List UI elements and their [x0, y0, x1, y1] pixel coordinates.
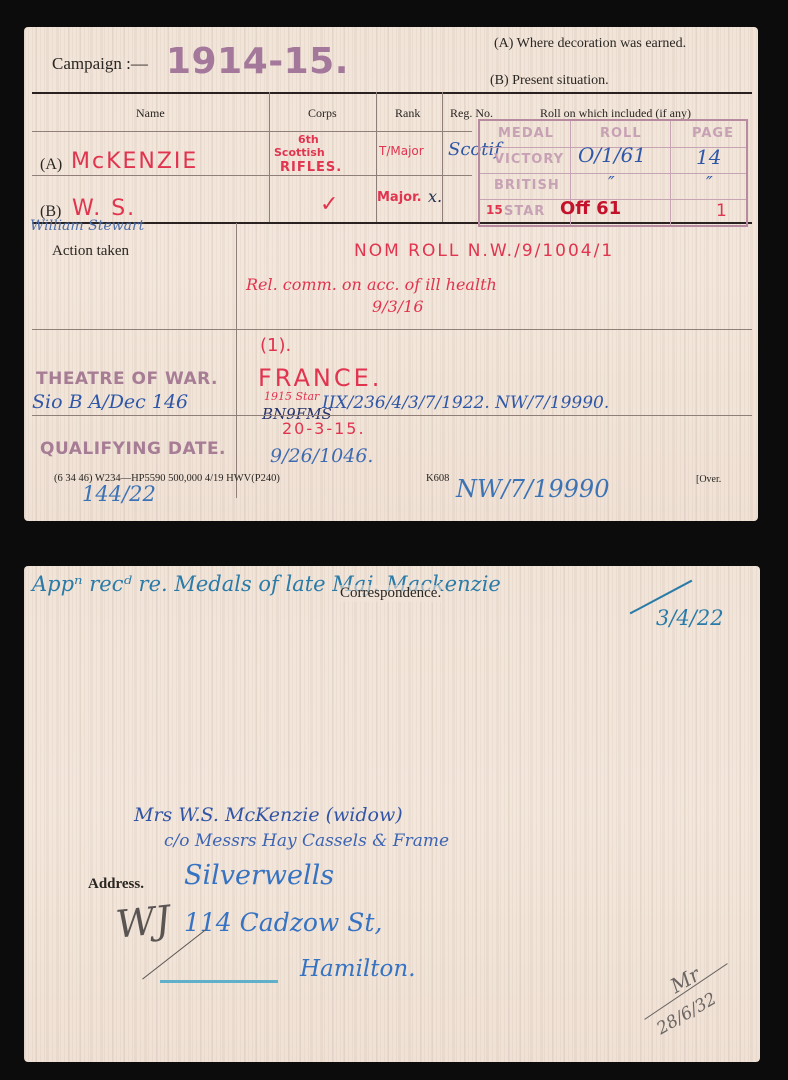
clerk-initials: WJ: [114, 897, 173, 946]
campaign-stamp: 1914-15.: [166, 41, 349, 82]
addressee-care-of: c/o Messrs Hay Cassels & Frame: [164, 831, 449, 851]
theatre-number: (1).: [260, 335, 291, 356]
reg-mark-b: x.: [428, 187, 442, 206]
header-name: Name: [136, 106, 165, 121]
star-reference: IIX/236/4/3/7/1922. NW/7/19990.: [322, 393, 609, 413]
theatre-label: THEATRE OF WAR.: [36, 369, 218, 389]
roll-medal-victory: VICTORY: [494, 152, 564, 167]
action-nom-roll: NOM ROLL N.W./9/1004/1: [354, 241, 614, 261]
roll-page-victory: 14: [696, 145, 721, 169]
corps-line-2: Scottish: [274, 146, 325, 159]
corps-line-3: RIFLES.: [280, 160, 342, 175]
roll-ref-british: ″: [608, 173, 615, 194]
address-line-1: Silverwells: [184, 860, 334, 891]
action-relinquished: Rel. comm. on acc. of ill health: [246, 275, 497, 294]
roll-page-british: ″: [706, 173, 713, 194]
action-date: 9/3/16: [372, 297, 424, 316]
roll-header-medal: MEDAL: [498, 126, 554, 141]
correspondence-date: 3/4/22: [656, 606, 724, 630]
roll-page-star: 1: [716, 201, 727, 221]
action-bottom-rule: [32, 329, 752, 330]
correspondence-title: Correspondence.: [340, 585, 441, 602]
underline-stroke: [160, 980, 278, 983]
roll-stamp-box: MEDAL ROLL PAGE VICTORY O/1/61 14 BRITIS…: [478, 119, 748, 227]
legend-a: (A) Where decoration was earned.: [494, 36, 686, 52]
addressee-name: Mrs W.S. McKenzie (widow): [134, 804, 403, 826]
handwritten-ref-left: 144/22: [82, 482, 156, 506]
roll-ref-star: Off 61: [560, 198, 621, 219]
rank-a: T/Major: [379, 144, 424, 158]
roll-medal-star: STAR: [504, 204, 545, 219]
address-line-2: 114 Cadzow St,: [184, 908, 382, 937]
action-label: Action taken: [52, 243, 129, 260]
theatre-note: Sio B A/Dec 146: [32, 391, 188, 413]
medal-card-back: Appⁿ recᵈ re. Medals of late Maj. Macken…: [24, 566, 760, 1062]
corps-check: ✓: [320, 192, 338, 217]
handwritten-ref-right: NW/7/19990: [456, 475, 609, 503]
left-column-sep: [236, 223, 237, 498]
form-k-code: K608: [426, 473, 449, 484]
surname: McKENZIE: [71, 149, 198, 174]
roll-header-page: PAGE: [692, 126, 734, 141]
qualifying-label: QUALIFYING DATE.: [40, 439, 226, 459]
header-rule: [32, 131, 472, 132]
qualifying-value: 20-3-15.: [282, 419, 366, 438]
medal-card-front: Campaign :— 1914-15. (A) Where decoratio…: [24, 27, 758, 521]
corner-note-date: 28/6/32: [653, 989, 720, 1039]
theatre-bottom-rule: [32, 415, 752, 416]
row-a-rule: [32, 175, 472, 176]
over-mark: [Over.: [696, 474, 721, 485]
header-corps: Corps: [308, 106, 337, 121]
table-top-rule: [32, 92, 752, 94]
row-a-prefix: (A): [40, 156, 62, 174]
roll-ref-victory: O/1/61: [578, 143, 646, 167]
roll-medal-british: BRITISH: [494, 178, 560, 193]
corps-line-1: 6th: [298, 133, 319, 146]
star-note-1: 1915 Star: [264, 390, 319, 403]
header-rank: Rank: [395, 106, 420, 121]
campaign-label: Campaign :—: [52, 54, 148, 74]
col-sep-rank: [442, 92, 443, 222]
theatre-value: FRANCE.: [258, 364, 382, 392]
rank-b: Major.: [377, 190, 422, 205]
legend-b: (B) Present situation.: [490, 73, 609, 89]
roll-star-prefix: 15: [486, 203, 503, 217]
address-line-3: Hamilton.: [300, 956, 416, 982]
given-names: William Stewart: [30, 218, 144, 234]
roll-header-roll: ROLL: [600, 126, 642, 141]
qualifying-reference: 9/26/1046.: [270, 445, 373, 467]
address-label: Address.: [88, 876, 144, 893]
col-sep-name: [269, 92, 270, 222]
